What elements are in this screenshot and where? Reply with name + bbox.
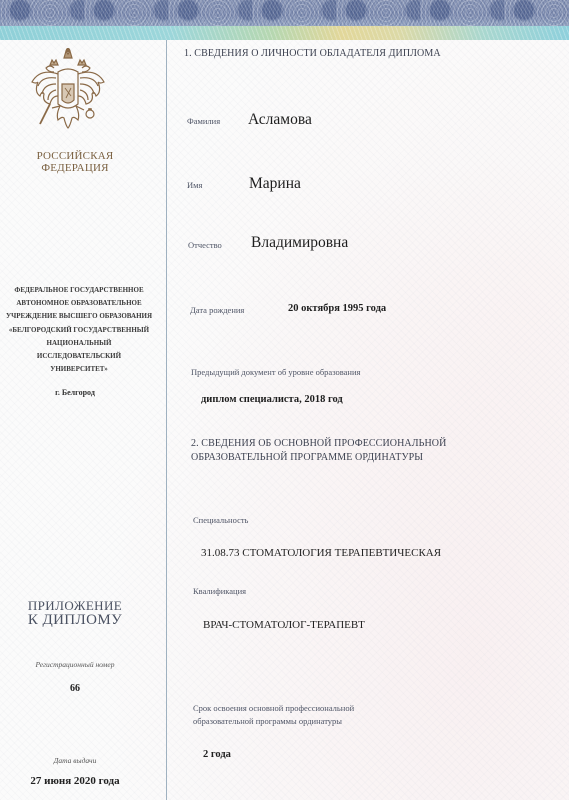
- country-line-2: ФЕДЕРАЦИЯ: [0, 162, 150, 174]
- institution-name: ФЕДЕРАЛЬНОЕ ГОСУДАРСТВЕННОЕ АВТОНОМНОЕ О…: [4, 284, 154, 376]
- country-line-1: РОССИЙСКАЯ: [0, 150, 150, 162]
- institution-line: ФЕДЕРАЛЬНОЕ ГОСУДАРСТВЕННОЕ: [4, 284, 154, 297]
- institution-line: АВТОНОМНОЕ ОБРАЗОВАТЕЛЬНОЕ: [4, 297, 154, 310]
- name-value: Марина: [249, 175, 301, 193]
- appendix-title-line-1: ПРИЛОЖЕНИЕ: [0, 598, 150, 613]
- column-divider: [166, 40, 167, 800]
- institution-line: УЧРЕЖДЕНИЕ ВЫСШЕГО ОБРАЗОВАНИЯ: [4, 310, 154, 323]
- patronymic-label: Отчество: [188, 240, 222, 250]
- qualification-label: Квалификация: [193, 586, 246, 596]
- iridescent-security-strip: [0, 26, 569, 40]
- previous-document-label: Предыдущий документ об уровне образовани…: [191, 367, 360, 377]
- country-name: РОССИЙСКАЯ ФЕДЕРАЦИЯ: [0, 150, 150, 174]
- section-2-title-line-1: 2. СВЕДЕНИЯ ОБ ОСНОВНОЙ ПРОФЕССИОНАЛЬНОЙ: [191, 437, 446, 451]
- security-pattern-band: [0, 0, 569, 26]
- surname-label: Фамилия: [187, 116, 220, 126]
- institution-line: НАЦИОНАЛЬНЫЙ ИССЛЕДОВАТЕЛЬСКИЙ: [4, 337, 154, 363]
- section-1-title: 1. СВЕДЕНИЯ О ЛИЧНОСТИ ОБЛАДАТЕЛЯ ДИПЛОМ…: [184, 47, 441, 61]
- institution-line: «БЕЛГОРОДСКИЙ ГОСУДАРСТВЕННЫЙ: [4, 324, 154, 337]
- specialty-label: Специальность: [193, 515, 248, 525]
- qualification-value: ВРАЧ-СТОМАТОЛОГ-ТЕРАПЕВТ: [203, 619, 365, 631]
- section-2-title-line-2: ОБРАЗОВАТЕЛЬНОЙ ПРОГРАММЕ ОРДИНАТУРЫ: [191, 451, 446, 465]
- program-duration-label-line-1: Срок освоения основной профессиональной: [193, 702, 354, 715]
- city: г. Белгород: [0, 388, 150, 397]
- previous-document-value: диплом специалиста, 2018 год: [201, 394, 343, 405]
- program-duration-value: 2 года: [203, 749, 231, 760]
- issue-date: 27 июня 2020 года: [0, 775, 150, 787]
- patronymic-value: Владимировна: [251, 234, 348, 252]
- name-label: Имя: [187, 180, 202, 190]
- russian-coat-of-arms-icon: [28, 48, 108, 140]
- institution-line: УНИВЕРСИТЕТ»: [4, 363, 154, 376]
- appendix-title-line-2: К ДИПЛОМУ: [0, 613, 150, 628]
- program-duration-label: Срок освоения основной профессиональной …: [193, 702, 354, 728]
- registration-number-label: Регистрационный номер: [0, 660, 150, 669]
- registration-number: 66: [0, 683, 150, 694]
- issue-date-label: Дата выдачи: [0, 756, 150, 765]
- appendix-title: ПРИЛОЖЕНИЕ К ДИПЛОМУ: [0, 598, 150, 628]
- surname-value: Асламова: [248, 111, 312, 129]
- specialty-value: 31.08.73 СТОМАТОЛОГИЯ ТЕРАПЕВТИЧЕСКАЯ: [201, 547, 441, 559]
- birth-date-value: 20 октября 1995 года: [288, 303, 386, 314]
- program-duration-label-line-2: образовательной программы ординатуры: [193, 715, 354, 728]
- birth-date-label: Дата рождения: [190, 305, 244, 315]
- section-2-title: 2. СВЕДЕНИЯ ОБ ОСНОВНОЙ ПРОФЕССИОНАЛЬНОЙ…: [191, 437, 446, 464]
